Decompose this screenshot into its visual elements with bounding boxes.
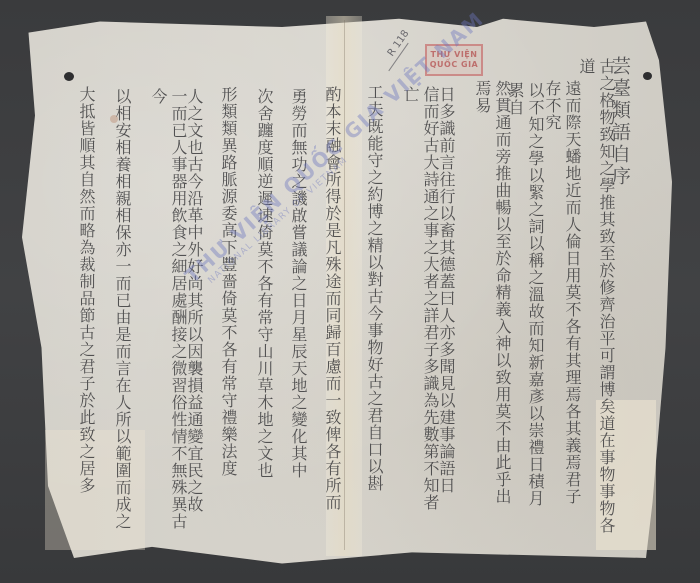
text-column-6: 信而好古大詩通之事之大者之詳君子多識為先數第不知者亡 <box>400 86 440 526</box>
text-column-15: 大抵皆順其自然而略為裁制品節古之君子於此致之居多 <box>76 86 96 536</box>
text-column-2: 遠而際天蟠地近而人倫日用莫不各有其理焉各其義焉君子存不究 <box>542 80 582 510</box>
text-column-1: 古之格物致知之學推其致至於修齊治平可謂博矣道在事物事物各道 <box>576 58 616 548</box>
text-column-11: 形類類異路脈源委高下豐嗇倚莫不各有常守禮樂法度 <box>218 86 238 526</box>
ink-blot <box>643 72 652 80</box>
stamp-line-1: THƯ VIỆN <box>431 50 478 60</box>
library-stamp: THƯ VIỆN QUỐC GIA <box>425 44 483 76</box>
center-fold-line <box>344 20 345 550</box>
ink-blot <box>64 72 74 81</box>
text-column-4: 然貫通而旁推曲暢以至於命精義入神以致用莫不由此乎出焉易 <box>472 80 512 520</box>
text-column-7: 工夫既能守之約博之精以對古今事物好古之君自口以斟 <box>364 84 384 524</box>
text-column-10: 次舍躔度順逆遲速倚莫不各有常守山川草木地之文也 <box>254 88 274 528</box>
text-column-14: 以相安相養相親相保亦一而已由是而言在人所以範圍而成之 <box>112 88 132 538</box>
stamp-line-2: QUỐC GIA <box>430 60 479 70</box>
text-column-9: 勇勞而無功之譏啟嘗議論之日月星辰天地之變化其中 <box>288 88 308 528</box>
text-column-8: 酌本末融會所得於是凡殊途而同歸百慮而一致俾各有所而 <box>322 86 342 526</box>
text-column-13: 一而已人事器用飲食之細居處酬接之微習俗性情不無殊異古今 <box>148 88 188 538</box>
